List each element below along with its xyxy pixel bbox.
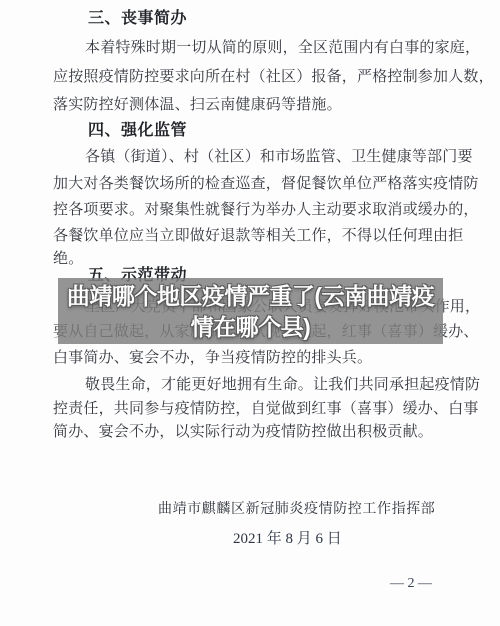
doc-line: 各镇（街道）、村（社区）和市场监管、卫生健康等部门要 [85, 149, 473, 166]
doc-line: 控各项要求。对聚集性就餐行为举办人主动要求取消或缓办的， [53, 202, 479, 219]
doc-line: 落实防控好测体温、扫云南健康码等措施。 [53, 97, 342, 114]
doc-line: 应按照疫情防控要求向所在村（社区）报备，严格控制参加人数， [53, 69, 494, 86]
section-heading-supervision: 四、强化监管 [88, 122, 187, 139]
article-title-line1: 曲靖哪个地区疫情严重了(云南曲靖疫 [58, 281, 443, 312]
doc-line: 本着特殊时期一切从简的原则，全区范围内有白事的家庭， [85, 40, 480, 57]
doc-line: 各餐饮单位应当立即做好退款等相关工作，不得以任何理由拒 [53, 228, 463, 245]
section-heading-funerals: 三、丧事简办 [88, 10, 187, 27]
doc-line: 绝。 [53, 251, 83, 268]
doc-line: 简办、宴会不办，以实际行动为疫情防控做出积极贡献。 [53, 424, 433, 441]
doc-line: 加大对各类餐饮场所的检查巡查，督促餐饮单位严格落实疫情防 [53, 176, 479, 193]
doc-line: 敬畏生命，才能更好地拥有生命。让我们共同承担起疫情防 [85, 377, 480, 394]
signature-authority: 曲靖市麒麟区新冠肺炎疫情防控工作指挥部 [158, 498, 435, 518]
doc-line: 白事简办、宴会不办，争当疫情防控的排头兵。 [53, 350, 372, 367]
doc-line: 控责任，共同参与疫情防控，自觉做到红事（喜事）缓办、白事 [53, 401, 479, 418]
article-title-overlay: 曲靖哪个地区疫情严重了(云南曲靖疫 情在哪个县) [58, 281, 443, 343]
article-title-line2: 情在哪个县) [58, 312, 443, 343]
document-date: 2021 年 8 月 6 日 [233, 527, 342, 548]
scanned-document-page: 三、丧事简办 本着特殊时期一切从简的原则，全区范围内有白事的家庭， 应按照疫情防… [0, 0, 500, 626]
page-number: — 2 — [390, 576, 432, 592]
